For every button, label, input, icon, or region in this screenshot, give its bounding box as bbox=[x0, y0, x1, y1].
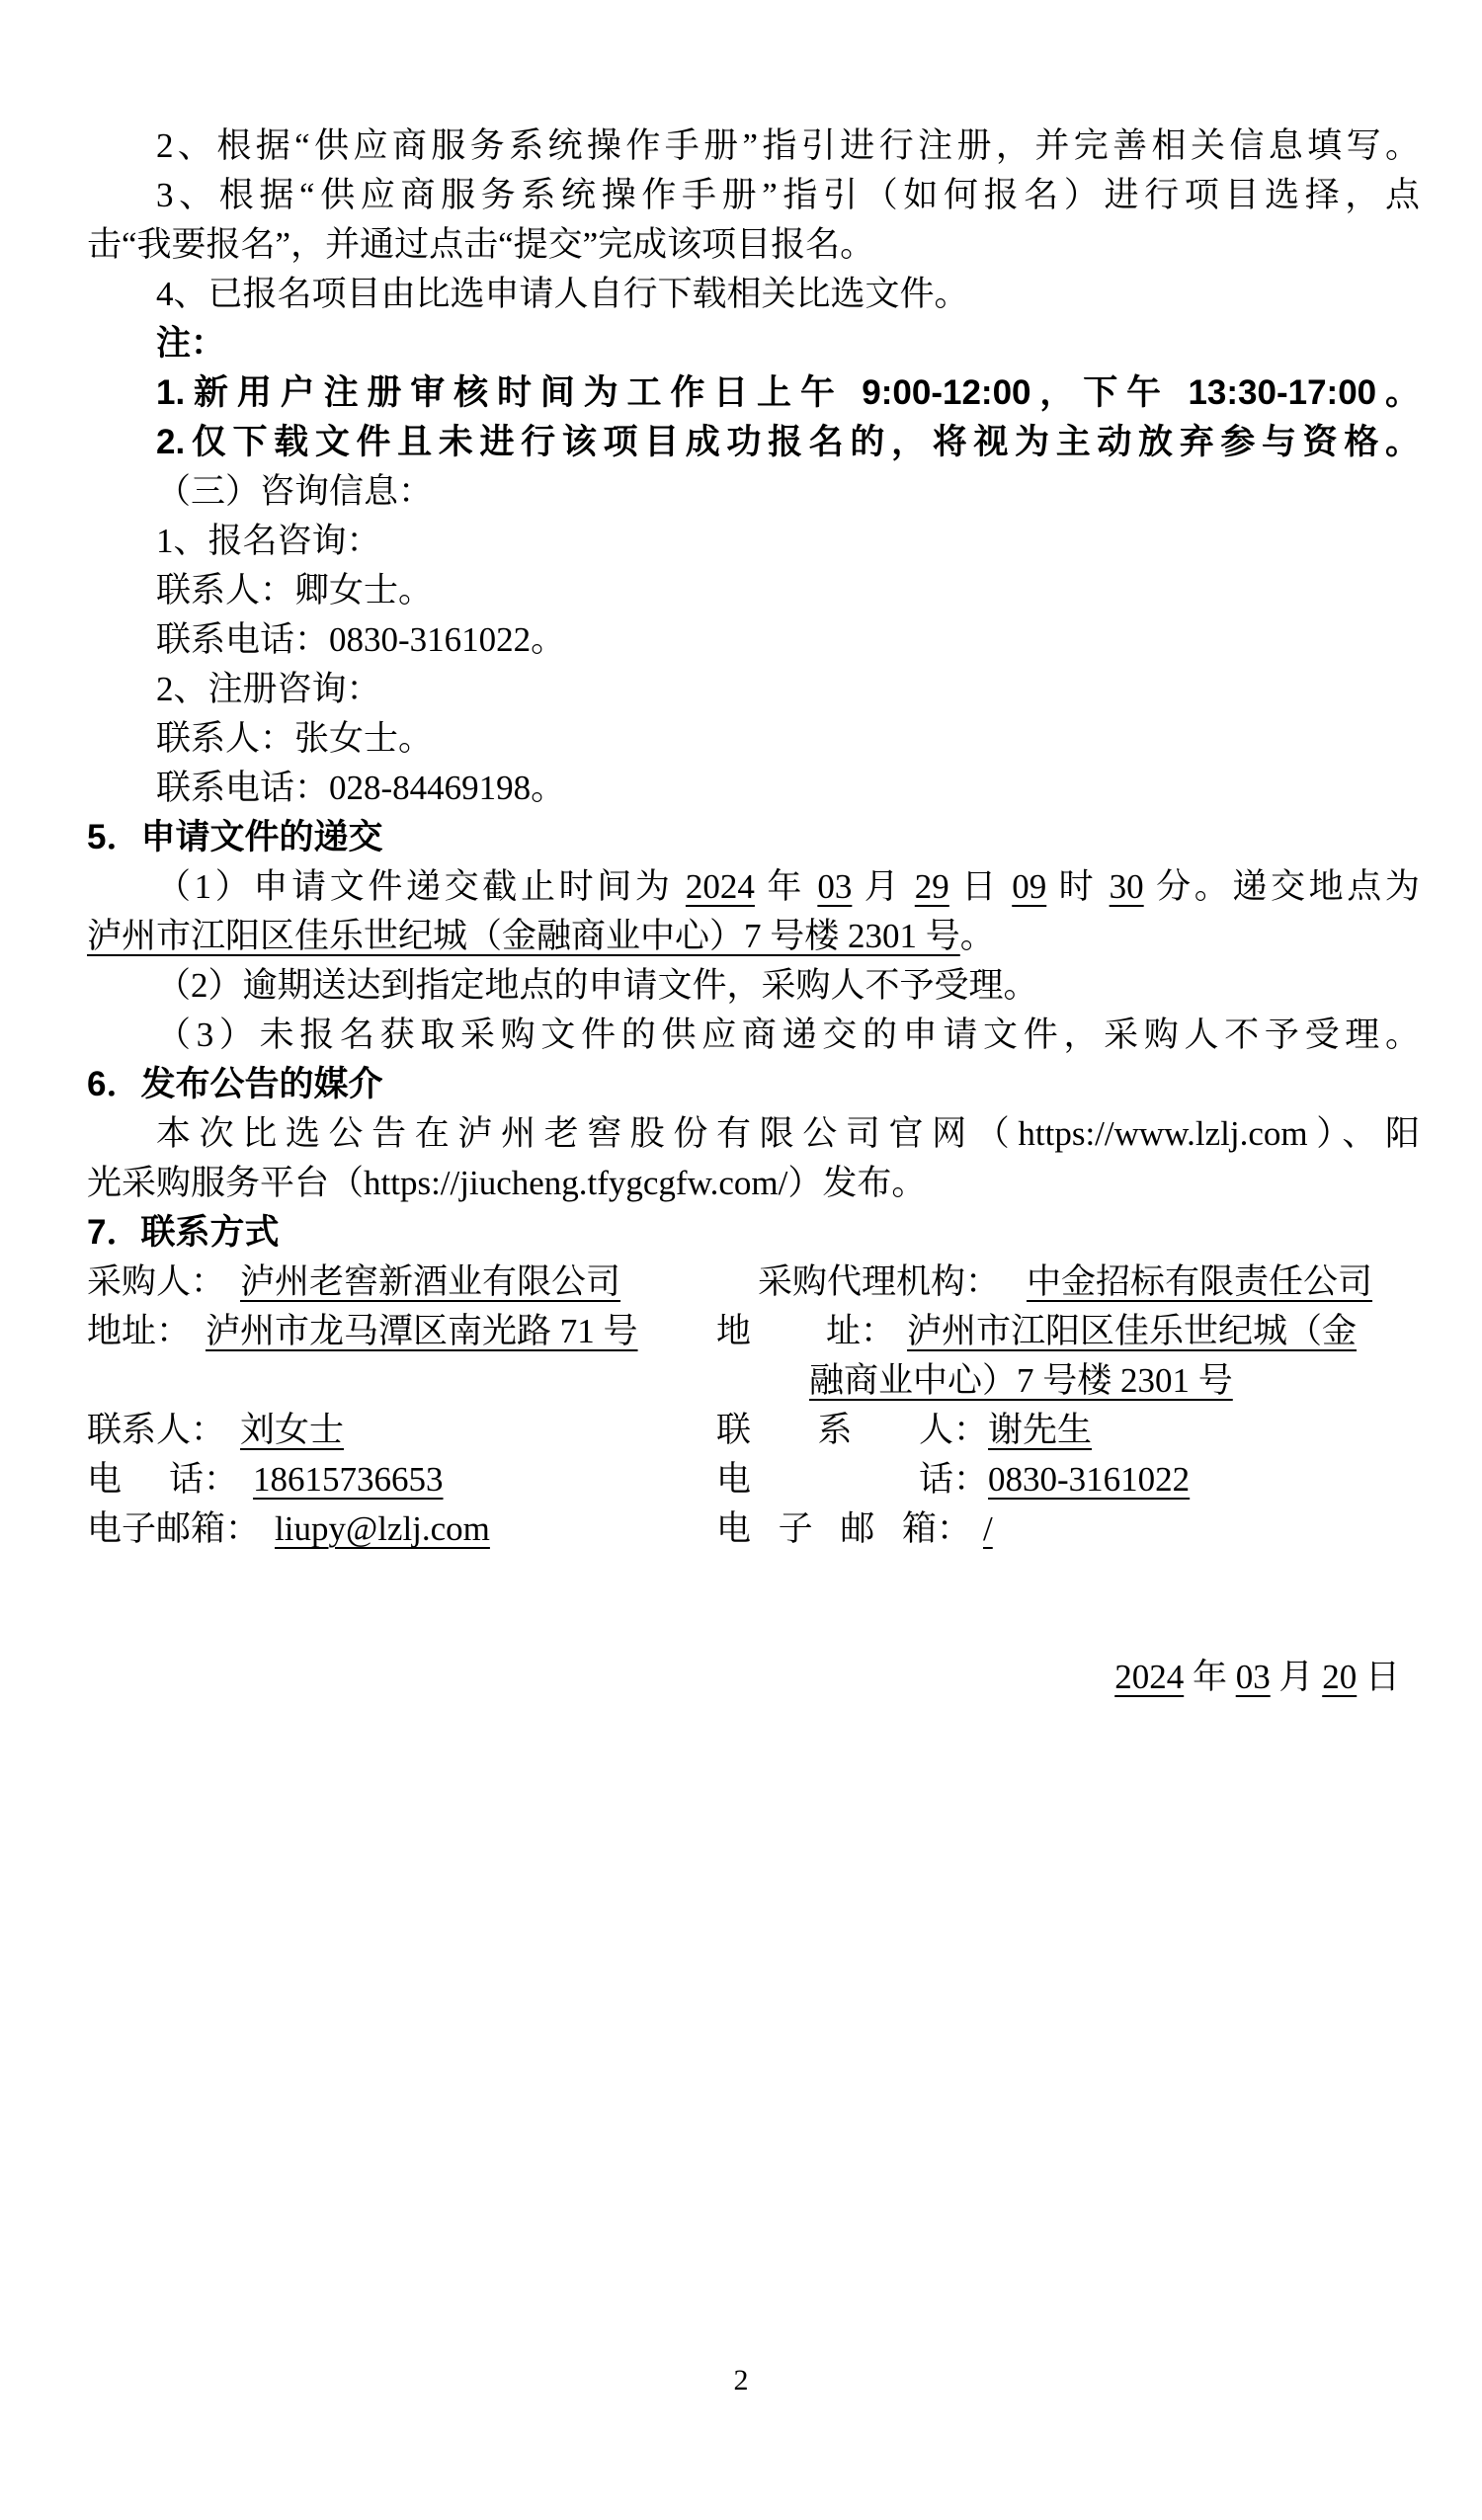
agency-address-label: 地址 bbox=[716, 1307, 861, 1356]
body-line-late-delivery: （2）逾期送达到指定地点的申请文件，采购人不予受理。 bbox=[87, 961, 1420, 1011]
agency-address-value-2: 融商业中心）7 号楼 2301 号 bbox=[809, 1361, 1233, 1400]
agency-address-cell: 地址：泸州市江阳区佳乐世纪城（金 融商业中心）7 号楼 2301 号 bbox=[716, 1307, 1420, 1406]
agency-cell: 采购代理机构：中金招标有限责任公司 bbox=[716, 1258, 1420, 1307]
purchaser-phone-cell: 电话：18615736653 bbox=[87, 1455, 716, 1504]
purchaser-phone-colon: ： bbox=[204, 1460, 238, 1499]
date-year: 2024 bbox=[1114, 1658, 1184, 1696]
media-line-1: 本次比选公告在泸州老窖股份有限公司官网（https://www.lzlj.com… bbox=[87, 1109, 1420, 1159]
deadline-text: （1）申请文件递交截止时间为 bbox=[156, 867, 686, 906]
agency-phone-colon: ： bbox=[953, 1460, 988, 1499]
purchaser-person-label: 联系人： bbox=[87, 1411, 225, 1449]
contact-row-address: 地址：泸州市龙马潭区南光路 71 号 地址：泸州市江阳区佳乐世纪城（金 融商业中… bbox=[87, 1307, 1420, 1406]
contact-row-email: 电子邮箱：liupy@lzlj.com 电子邮箱：/ bbox=[87, 1504, 1420, 1554]
consult-signup-heading: 1、报名咨询： bbox=[87, 517, 1420, 566]
body-line-download-step4: 4、已报名项目由比选申请人自行下载相关比选文件。 bbox=[87, 270, 1420, 319]
submission-address: 泸州市江阳区佳乐世纪城（金融商业中心）7 号楼 2301 号 bbox=[87, 917, 960, 955]
agency-phone-value: 0830-3161022 bbox=[988, 1460, 1190, 1499]
note-line-2: 2.仅下载文件且未进行该项目成功报名的，将视为主动放弃参与资格。 bbox=[87, 418, 1420, 467]
agency-value: 中金招标有限责任公司 bbox=[1027, 1262, 1372, 1301]
agency-email-cell: 电子邮箱：/ bbox=[716, 1504, 1420, 1554]
purchaser-value: 泸州老窖新酒业有限公司 bbox=[240, 1262, 620, 1301]
agency-person-colon: ： bbox=[953, 1411, 988, 1449]
consult-register-phone: 联系电话：028-84469198。 bbox=[87, 764, 1420, 813]
body-line-signup-step3a: 3、根据“供应商服务系统操作手册”指引（如何报名）进行项目选择，点 bbox=[87, 171, 1420, 220]
agency-email-value: / bbox=[983, 1509, 993, 1548]
agency-address-value-1: 泸州市江阳区佳乐世纪城（金 bbox=[907, 1312, 1357, 1350]
agency-phone-label: 电话 bbox=[716, 1455, 953, 1504]
page-number: 2 bbox=[0, 2361, 1482, 2400]
date-month: 03 bbox=[1236, 1658, 1271, 1696]
agency-label: 采购代理机构： bbox=[758, 1262, 1000, 1301]
purchaser-email-cell: 电子邮箱：liupy@lzlj.com bbox=[87, 1504, 716, 1554]
purchaser-address-cell: 地址：泸州市龙马潭区南光路 71 号 bbox=[87, 1307, 716, 1406]
purchaser-cell: 采购人：泸州老窖新酒业有限公司 bbox=[87, 1258, 716, 1307]
agency-email-colon: ： bbox=[937, 1509, 971, 1548]
contact-row-company: 采购人：泸州老窖新酒业有限公司 采购代理机构：中金招标有限责任公司 bbox=[87, 1258, 1420, 1307]
note-heading: 注： bbox=[87, 319, 1420, 368]
deadline-month: 03 bbox=[817, 867, 852, 906]
agency-person-label: 联系人 bbox=[716, 1406, 953, 1455]
agency-person-value: 谢先生 bbox=[988, 1411, 1092, 1449]
subsection-consult-info: （三）咨询信息： bbox=[87, 467, 1420, 517]
agency-address-line-1: 地址：泸州市江阳区佳乐世纪城（金 bbox=[716, 1307, 1420, 1356]
section-heading-5: 5．申请文件的递交 bbox=[87, 813, 1420, 862]
purchaser-email-value: liupy@lzlj.com bbox=[275, 1509, 490, 1548]
vertical-spacer bbox=[87, 1554, 1420, 1653]
announcement-date: 2024 年 03 月 20 日 bbox=[87, 1653, 1420, 1702]
section-heading-7: 7．联系方式 bbox=[87, 1208, 1420, 1258]
purchaser-label: 采购人： bbox=[87, 1262, 225, 1301]
agency-address-line-2: 融商业中心）7 号楼 2301 号 bbox=[716, 1356, 1420, 1406]
deadline-minute: 30 bbox=[1110, 867, 1144, 906]
consult-signup-phone: 联系电话：0830-3161022。 bbox=[87, 615, 1420, 665]
media-line-2: 光采购服务平台（https://jiucheng.tfygcgfw.com/）发… bbox=[87, 1159, 1420, 1208]
purchaser-email-label: 电子邮箱： bbox=[87, 1509, 260, 1548]
body-line-not-signed-up: （3）未报名获取采购文件的供应商递交的申请文件，采购人不予受理。 bbox=[87, 1011, 1420, 1060]
purchaser-phone-value: 18615736653 bbox=[253, 1460, 444, 1499]
deadline-day: 29 bbox=[915, 867, 949, 906]
deadline-line: （1）申请文件递交截止时间为 2024 年 03 月 29 日 09 时 30 … bbox=[87, 862, 1420, 912]
consult-register-contact: 联系人：张女士。 bbox=[87, 714, 1420, 764]
purchaser-phone-label: 电话 bbox=[87, 1455, 204, 1504]
contact-row-phone: 电话：18615736653 电话：0830-3161022 bbox=[87, 1455, 1420, 1504]
document-page: 2、根据“供应商服务系统操作手册”指引进行注册，并完善相关信息填写。 3、根据“… bbox=[0, 0, 1482, 2520]
contact-row-person: 联系人：刘女士 联系人：谢先生 bbox=[87, 1406, 1420, 1455]
consult-signup-contact: 联系人：卿女士。 bbox=[87, 566, 1420, 615]
note-line-1: 1.新用户注册审核时间为工作日上午 9:00-12:00，下午 13:30-17… bbox=[87, 368, 1420, 418]
date-day: 20 bbox=[1322, 1658, 1357, 1696]
submission-address-line: 泸州市江阳区佳乐世纪城（金融商业中心）7 号楼 2301 号。 bbox=[87, 912, 1420, 961]
body-line-signup-step3b: 击“我要报名”，并通过点击“提交”完成该项目报名。 bbox=[87, 220, 1420, 270]
purchaser-person-value: 刘女士 bbox=[240, 1411, 344, 1449]
agency-address-colon: ： bbox=[861, 1312, 895, 1350]
purchaser-address-value: 泸州市龙马潭区南光路 71 号 bbox=[206, 1312, 638, 1350]
purchaser-address-label: 地址： bbox=[87, 1312, 191, 1350]
agency-person-cell: 联系人：谢先生 bbox=[716, 1406, 1420, 1455]
deadline-year: 2024 bbox=[686, 867, 755, 906]
purchaser-person-cell: 联系人：刘女士 bbox=[87, 1406, 716, 1455]
section-heading-6: 6．发布公告的媒介 bbox=[87, 1060, 1420, 1109]
document-content: 2、根据“供应商服务系统操作手册”指引进行注册，并完善相关信息填写。 3、根据“… bbox=[87, 122, 1420, 1702]
body-line-register-step2: 2、根据“供应商服务系统操作手册”指引进行注册，并完善相关信息填写。 bbox=[87, 122, 1420, 171]
deadline-hour: 09 bbox=[1012, 867, 1046, 906]
consult-register-heading: 2、注册咨询： bbox=[87, 665, 1420, 714]
agency-email-label: 电子邮箱 bbox=[716, 1504, 937, 1554]
agency-phone-cell: 电话：0830-3161022 bbox=[716, 1455, 1420, 1504]
